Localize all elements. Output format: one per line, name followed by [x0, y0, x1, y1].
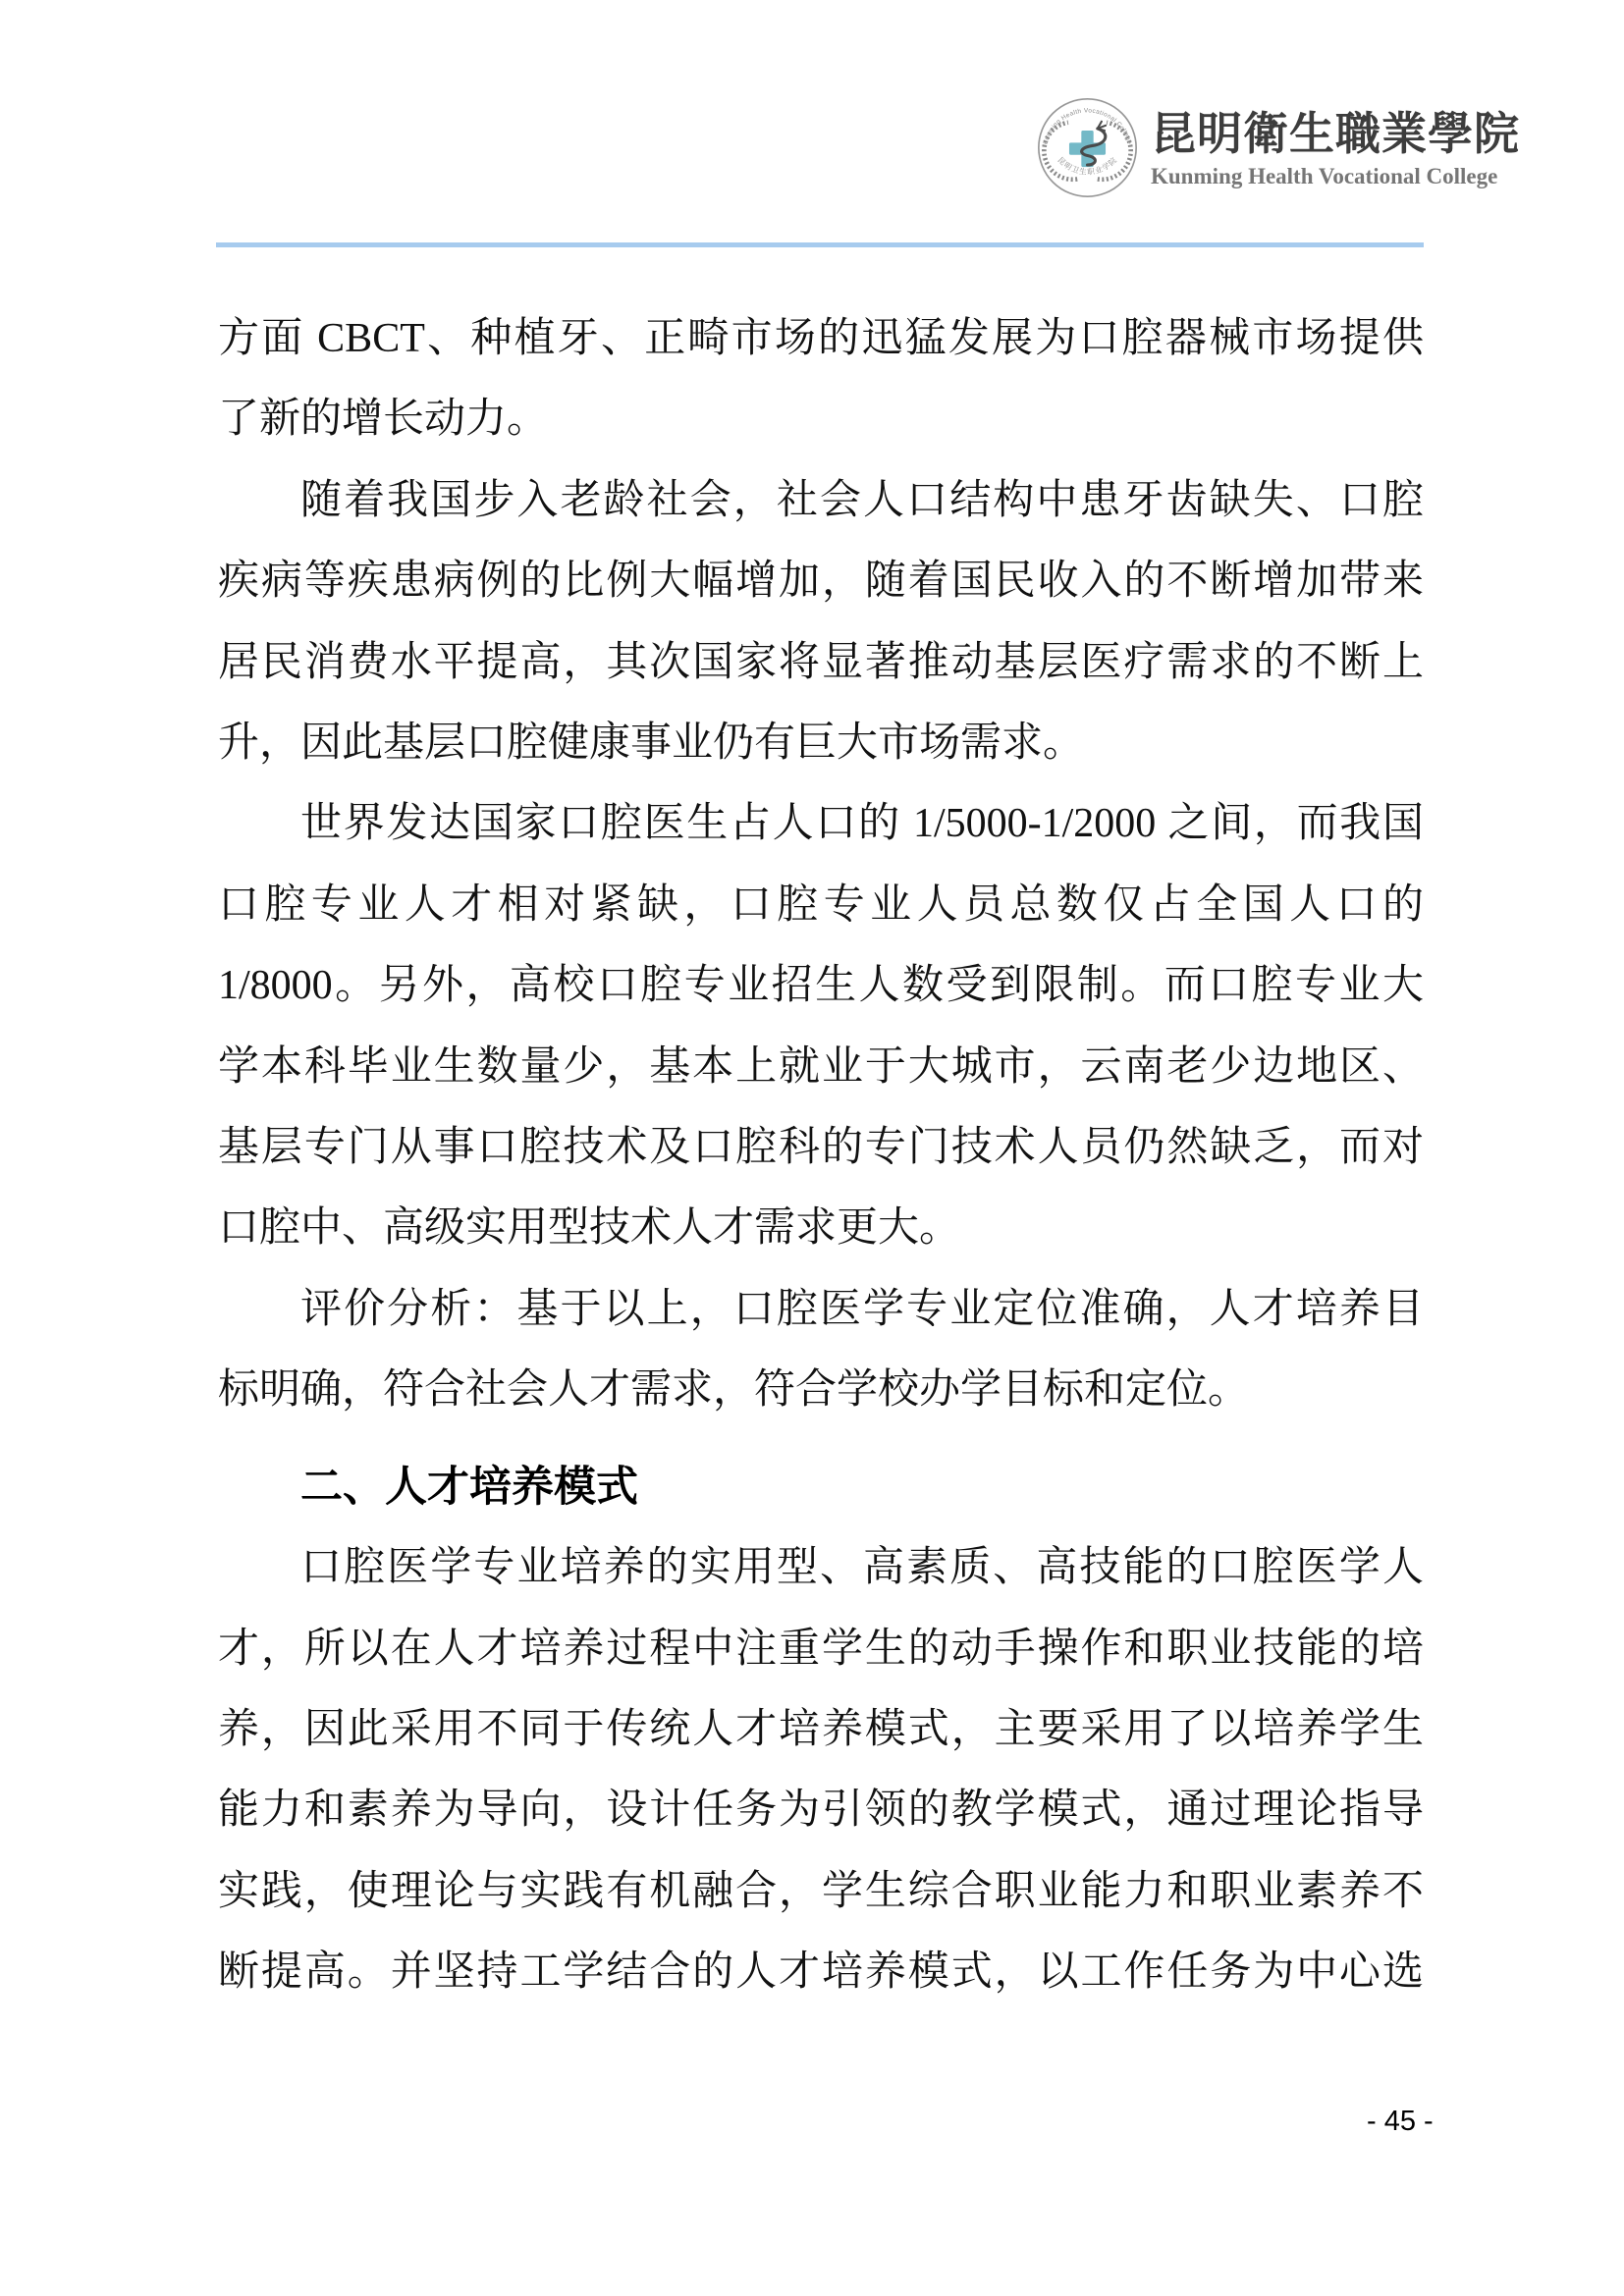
- text-line: 升，因此基层口腔健康事业仍有巨大市场需求。: [218, 703, 1424, 783]
- text-line: 方面 CBCT、种植牙、正畸市场的迅猛发展为口腔器械市场提供: [218, 298, 1424, 379]
- text-line: 了新的增长动力。: [218, 379, 1424, 459]
- text-line: 口腔中、高级实用型技术人才需求更大。: [218, 1188, 1424, 1268]
- text-line: 随着我国步入老龄社会，社会人口结构中患牙齿缺失、口腔: [218, 460, 1424, 541]
- text-line: 实践，使理论与实践有机融合，学生综合职业能力和职业素养不: [218, 1851, 1424, 1932]
- header-divider: [216, 242, 1424, 247]
- text-line: 二、人才培养模式: [218, 1447, 1424, 1527]
- text-line: 世界发达国家口腔医生占人口的 1/5000-1/2000 之间，而我国: [218, 783, 1424, 864]
- body-text: 方面 CBCT、种植牙、正畸市场的迅猛发展为口腔器械市场提供了新的增长动力。随着…: [218, 298, 1424, 2013]
- page-number: - 45 -: [1367, 2104, 1434, 2139]
- text-line: 评价分析：基于以上，口腔医学专业定位准确，人才培养目: [218, 1269, 1424, 1350]
- text-line: 口腔医学专业培养的实用型、高素质、高技能的口腔医学人: [218, 1527, 1424, 1608]
- text-line: 断提高。并坚持工学结合的人才培养模式，以工作任务为中心选: [218, 1932, 1424, 2012]
- text-line: 口腔专业人才相对紧缺，口腔专业人员总数仅占全国人口的: [218, 865, 1424, 945]
- college-name-calligraphy: 昆明衛生職業學院: [1151, 106, 1510, 161]
- document-page: Kunming Health Vocational College 昆明卫生职业…: [0, 0, 1624, 2296]
- text-line: 学本科毕业生数量少，基本上就业于大城市，云南老少边地区、: [218, 1027, 1424, 1107]
- text-line: 基层专门从事口腔技术及口腔科的专门技术人员仍然缺乏，而对: [218, 1107, 1424, 1188]
- text-line: 1/8000。另外，高校口腔专业招生人数受到限制。而口腔专业大: [218, 945, 1424, 1026]
- text-line: 能力和素养为导向，设计任务为引领的教学模式，通过理论指导: [218, 1770, 1424, 1850]
- text-line: 标明确，符合社会人才需求，符合学校办学目标和定位。: [218, 1350, 1424, 1430]
- text-line: 疾病等疾患病例的比例大幅增加，随着国民收入的不断增加带来: [218, 541, 1424, 621]
- text-line: 养，因此采用不同于传统人才培养模式，主要采用了以培养学生: [218, 1689, 1424, 1770]
- college-name-english: Kunming Health Vocational College: [1151, 162, 1510, 191]
- text-line: 居民消费水平提高，其次国家将显著推动基层医疗需求的不断上: [218, 622, 1424, 703]
- college-logo: Kunming Health Vocational College 昆明卫生职业…: [1037, 97, 1138, 198]
- text-line: 才，所以在人才培养过程中注重学生的动手操作和职业技能的培: [218, 1609, 1424, 1689]
